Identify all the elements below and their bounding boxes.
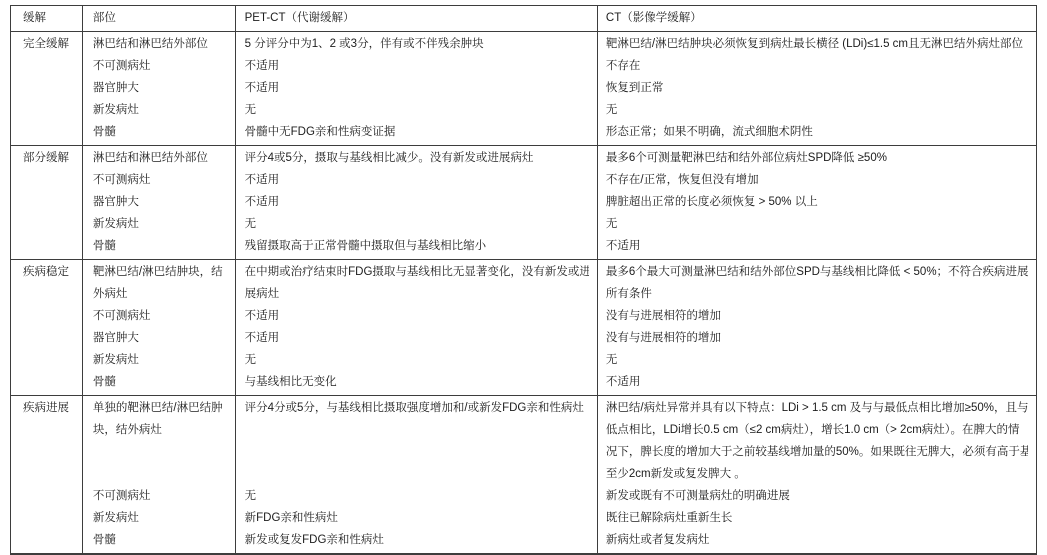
text-line: 器官肿大 (93, 77, 227, 99)
text-line: 最多6个可测量靶淋巴结和结外部位病灶SPD降低 ≥50% (606, 147, 1028, 169)
text-line: 新病灶或者复发病灶 (606, 529, 1028, 551)
site-cell: 靶淋巴结/淋巴结肿块，结外病灶不可测病灶器官肿大新发病灶骨髓 (83, 260, 236, 395)
text-line: 外病灶 (93, 283, 227, 305)
text-line: 所有条件 (606, 283, 1028, 305)
text-line: 不适用 (245, 169, 589, 191)
response-label: 疾病进展 (23, 397, 74, 419)
text-line: 新发病灶 (93, 507, 227, 529)
text-line: 新发病灶 (93, 99, 227, 121)
text-line: 低点相比，LDi增长0.5 cm（≤2 cm病灶），增长1.0 cm（> 2cm… (606, 419, 1028, 441)
header-cell-pet-ct: PET-CT（代谢缓解） (236, 6, 598, 31)
text-line: 不适用 (606, 235, 1028, 257)
site-cell: 单独的靶淋巴结/淋巴结肿块，结外病灶不可测病灶新发病灶骨髓 (83, 396, 236, 553)
text-line: 不适用 (245, 55, 589, 77)
text-line: 至少2cm新发或复发脾大 。 (606, 463, 1028, 485)
header-cell-response: 缓解 (11, 6, 83, 31)
text-line: 骨髓中无FDG亲和性病变证据 (245, 121, 589, 143)
text-line: 块，结外病灶 (93, 419, 227, 441)
block-row-progressive-disease: 疾病进展 单独的靶淋巴结/淋巴结肿块，结外病灶不可测病灶新发病灶骨髓 评分4分或… (11, 396, 1036, 553)
text-line: 无 (606, 99, 1028, 121)
text-line: 新FDG亲和性病灶 (245, 507, 589, 529)
ct-cell: 淋巴结/病灶异常并具有以下特点：LDi > 1.5 cm 及与与最低点相比增加≥… (598, 396, 1036, 553)
text-line: 既往已解除病灶重新生长 (606, 507, 1028, 529)
text-line: 靶淋巴结/淋巴结肿块，结 (93, 261, 227, 283)
text-line: 展病灶 (245, 283, 589, 305)
text-line: 淋巴结/病灶异常并具有以下特点：LDi > 1.5 cm 及与与最低点相比增加≥… (606, 397, 1028, 419)
text-line: 不适用 (245, 327, 589, 349)
text-line: 无 (245, 485, 589, 507)
response-criteria-table: 缓解 部位 PET-CT（代谢缓解） CT（影像学缓解） 完全缓解 淋巴结和淋巴… (10, 5, 1037, 555)
header-cell-ct: CT（影像学缓解） (598, 6, 1036, 31)
text-line: 无 (245, 99, 589, 121)
text-line: 没有与进展相符的增加 (606, 305, 1028, 327)
pet-ct-cell: 在中期或治疗结束时FDG摄取与基线相比无显著变化，没有新发或进展病灶不适用不适用… (236, 260, 598, 395)
text-line: 恢复到正常 (606, 77, 1028, 99)
ct-cell: 靶淋巴结/淋巴结肿块必须恢复到病灶最长横径 (LDi)≤1.5 cm且无淋巴结外… (598, 32, 1036, 145)
text-line: 器官肿大 (93, 327, 227, 349)
text-line: 最多6个最大可测量淋巴结和结外部位SPD与基线相比降低 < 50%；不符合疾病进… (606, 261, 1028, 283)
text-line: 没有与进展相符的增加 (606, 327, 1028, 349)
text-line: 无 (606, 349, 1028, 371)
response-label: 完全缓解 (23, 33, 74, 55)
text-line: 不可测病灶 (93, 55, 227, 77)
text-line: 与基线相比无变化 (245, 371, 589, 393)
block-row-partial-response: 部分缓解 淋巴结和淋巴结外部位不可测病灶器官肿大新发病灶骨髓 评分4或5分，摄取… (11, 146, 1036, 260)
text-line: 不适用 (245, 305, 589, 327)
text-line: 器官肿大 (93, 191, 227, 213)
response-label-cell: 疾病稳定 (11, 260, 83, 395)
text-line: 淋巴结和淋巴结外部位 (93, 33, 227, 55)
response-label-cell: 部分缓解 (11, 146, 83, 259)
text-line: 残留摄取高于正常骨髓中摄取但与基线相比缩小 (245, 235, 589, 257)
text-line: 不适用 (245, 77, 589, 99)
text-line: 骨髓 (93, 529, 227, 551)
pet-ct-cell: 评分4分或5分，与基线相比摄取强度增加和/或新发FDG亲和性病灶无新FDG亲和性… (236, 396, 598, 553)
text-line: 不适用 (245, 191, 589, 213)
text-line: 不适用 (606, 371, 1028, 393)
text-line: 在中期或治疗结束时FDG摄取与基线相比无显著变化，没有新发或进 (245, 261, 589, 283)
text-line: 不可测病灶 (93, 305, 227, 327)
block-row-complete-response: 完全缓解 淋巴结和淋巴结外部位不可测病灶器官肿大新发病灶骨髓 5 分评分中为1、… (11, 32, 1036, 146)
column-header: 缓解 (23, 7, 74, 29)
text-line: 无 (245, 213, 589, 235)
text-line (245, 419, 589, 441)
text-line: 骨髓 (93, 235, 227, 257)
ct-cell: 最多6个可测量靶淋巴结和结外部位病灶SPD降低 ≥50%不存在/正常，恢复但没有… (598, 146, 1036, 259)
response-label-cell: 完全缓解 (11, 32, 83, 145)
text-line: 无 (245, 349, 589, 371)
header-row: 缓解 部位 PET-CT（代谢缓解） CT（影像学缓解） (11, 6, 1036, 32)
text-line: 不可测病灶 (93, 169, 227, 191)
text-line: 评分4分或5分，与基线相比摄取强度增加和/或新发FDG亲和性病灶 (245, 397, 589, 419)
text-line: 不可测病灶 (93, 485, 227, 507)
text-line: 脾脏超出正常的长度必须恢复 > 50% 以上 (606, 191, 1028, 213)
response-label: 疾病稳定 (23, 261, 74, 283)
text-line: 靶淋巴结/淋巴结肿块必须恢复到病灶最长横径 (LDi)≤1.5 cm且无淋巴结外… (606, 33, 1028, 55)
column-header: CT（影像学缓解） (606, 7, 1028, 29)
text-line: 形态正常；如果不明确，流式细胞术阴性 (606, 121, 1028, 143)
text-line (245, 463, 589, 485)
header-cell-site: 部位 (83, 6, 236, 31)
text-line (93, 441, 227, 463)
response-label-cell: 疾病进展 (11, 396, 83, 553)
text-line: 不存在 (606, 55, 1028, 77)
text-line (93, 463, 227, 485)
text-line: 不存在/正常，恢复但没有增加 (606, 169, 1028, 191)
block-row-stable-disease: 疾病稳定 靶淋巴结/淋巴结肿块，结外病灶不可测病灶器官肿大新发病灶骨髓 在中期或… (11, 260, 1036, 396)
text-line: 新发或复发FDG亲和性病灶 (245, 529, 589, 551)
text-line: 单独的靶淋巴结/淋巴结肿 (93, 397, 227, 419)
text-line: 评分4或5分，摄取与基线相比减少。没有新发或进展病灶 (245, 147, 589, 169)
site-cell: 淋巴结和淋巴结外部位不可测病灶器官肿大新发病灶骨髓 (83, 146, 236, 259)
text-line: 况下，脾长度的增加大于之前较基线增加量的50%。如果既往无脾大，必须有高于基线 (606, 441, 1028, 463)
column-header: 部位 (93, 7, 227, 29)
text-line: 骨髓 (93, 371, 227, 393)
pet-ct-cell: 评分4或5分，摄取与基线相比减少。没有新发或进展病灶不适用不适用无残留摄取高于正… (236, 146, 598, 259)
pet-ct-cell: 5 分评分中为1、2 或3分，伴有或不伴残余肿块不适用不适用无骨髓中无FDG亲和… (236, 32, 598, 145)
text-line (245, 441, 589, 463)
text-line: 新发病灶 (93, 349, 227, 371)
site-cell: 淋巴结和淋巴结外部位不可测病灶器官肿大新发病灶骨髓 (83, 32, 236, 145)
text-line: 骨髓 (93, 121, 227, 143)
ct-cell: 最多6个最大可测量淋巴结和结外部位SPD与基线相比降低 < 50%；不符合疾病进… (598, 260, 1036, 395)
text-line: 淋巴结和淋巴结外部位 (93, 147, 227, 169)
text-line: 无 (606, 213, 1028, 235)
response-label: 部分缓解 (23, 147, 74, 169)
text-line: 新发病灶 (93, 213, 227, 235)
text-line: 5 分评分中为1、2 或3分，伴有或不伴残余肿块 (245, 33, 589, 55)
column-header: PET-CT（代谢缓解） (245, 7, 589, 29)
text-line: 新发或既有不可测量病灶的明确进展 (606, 485, 1028, 507)
